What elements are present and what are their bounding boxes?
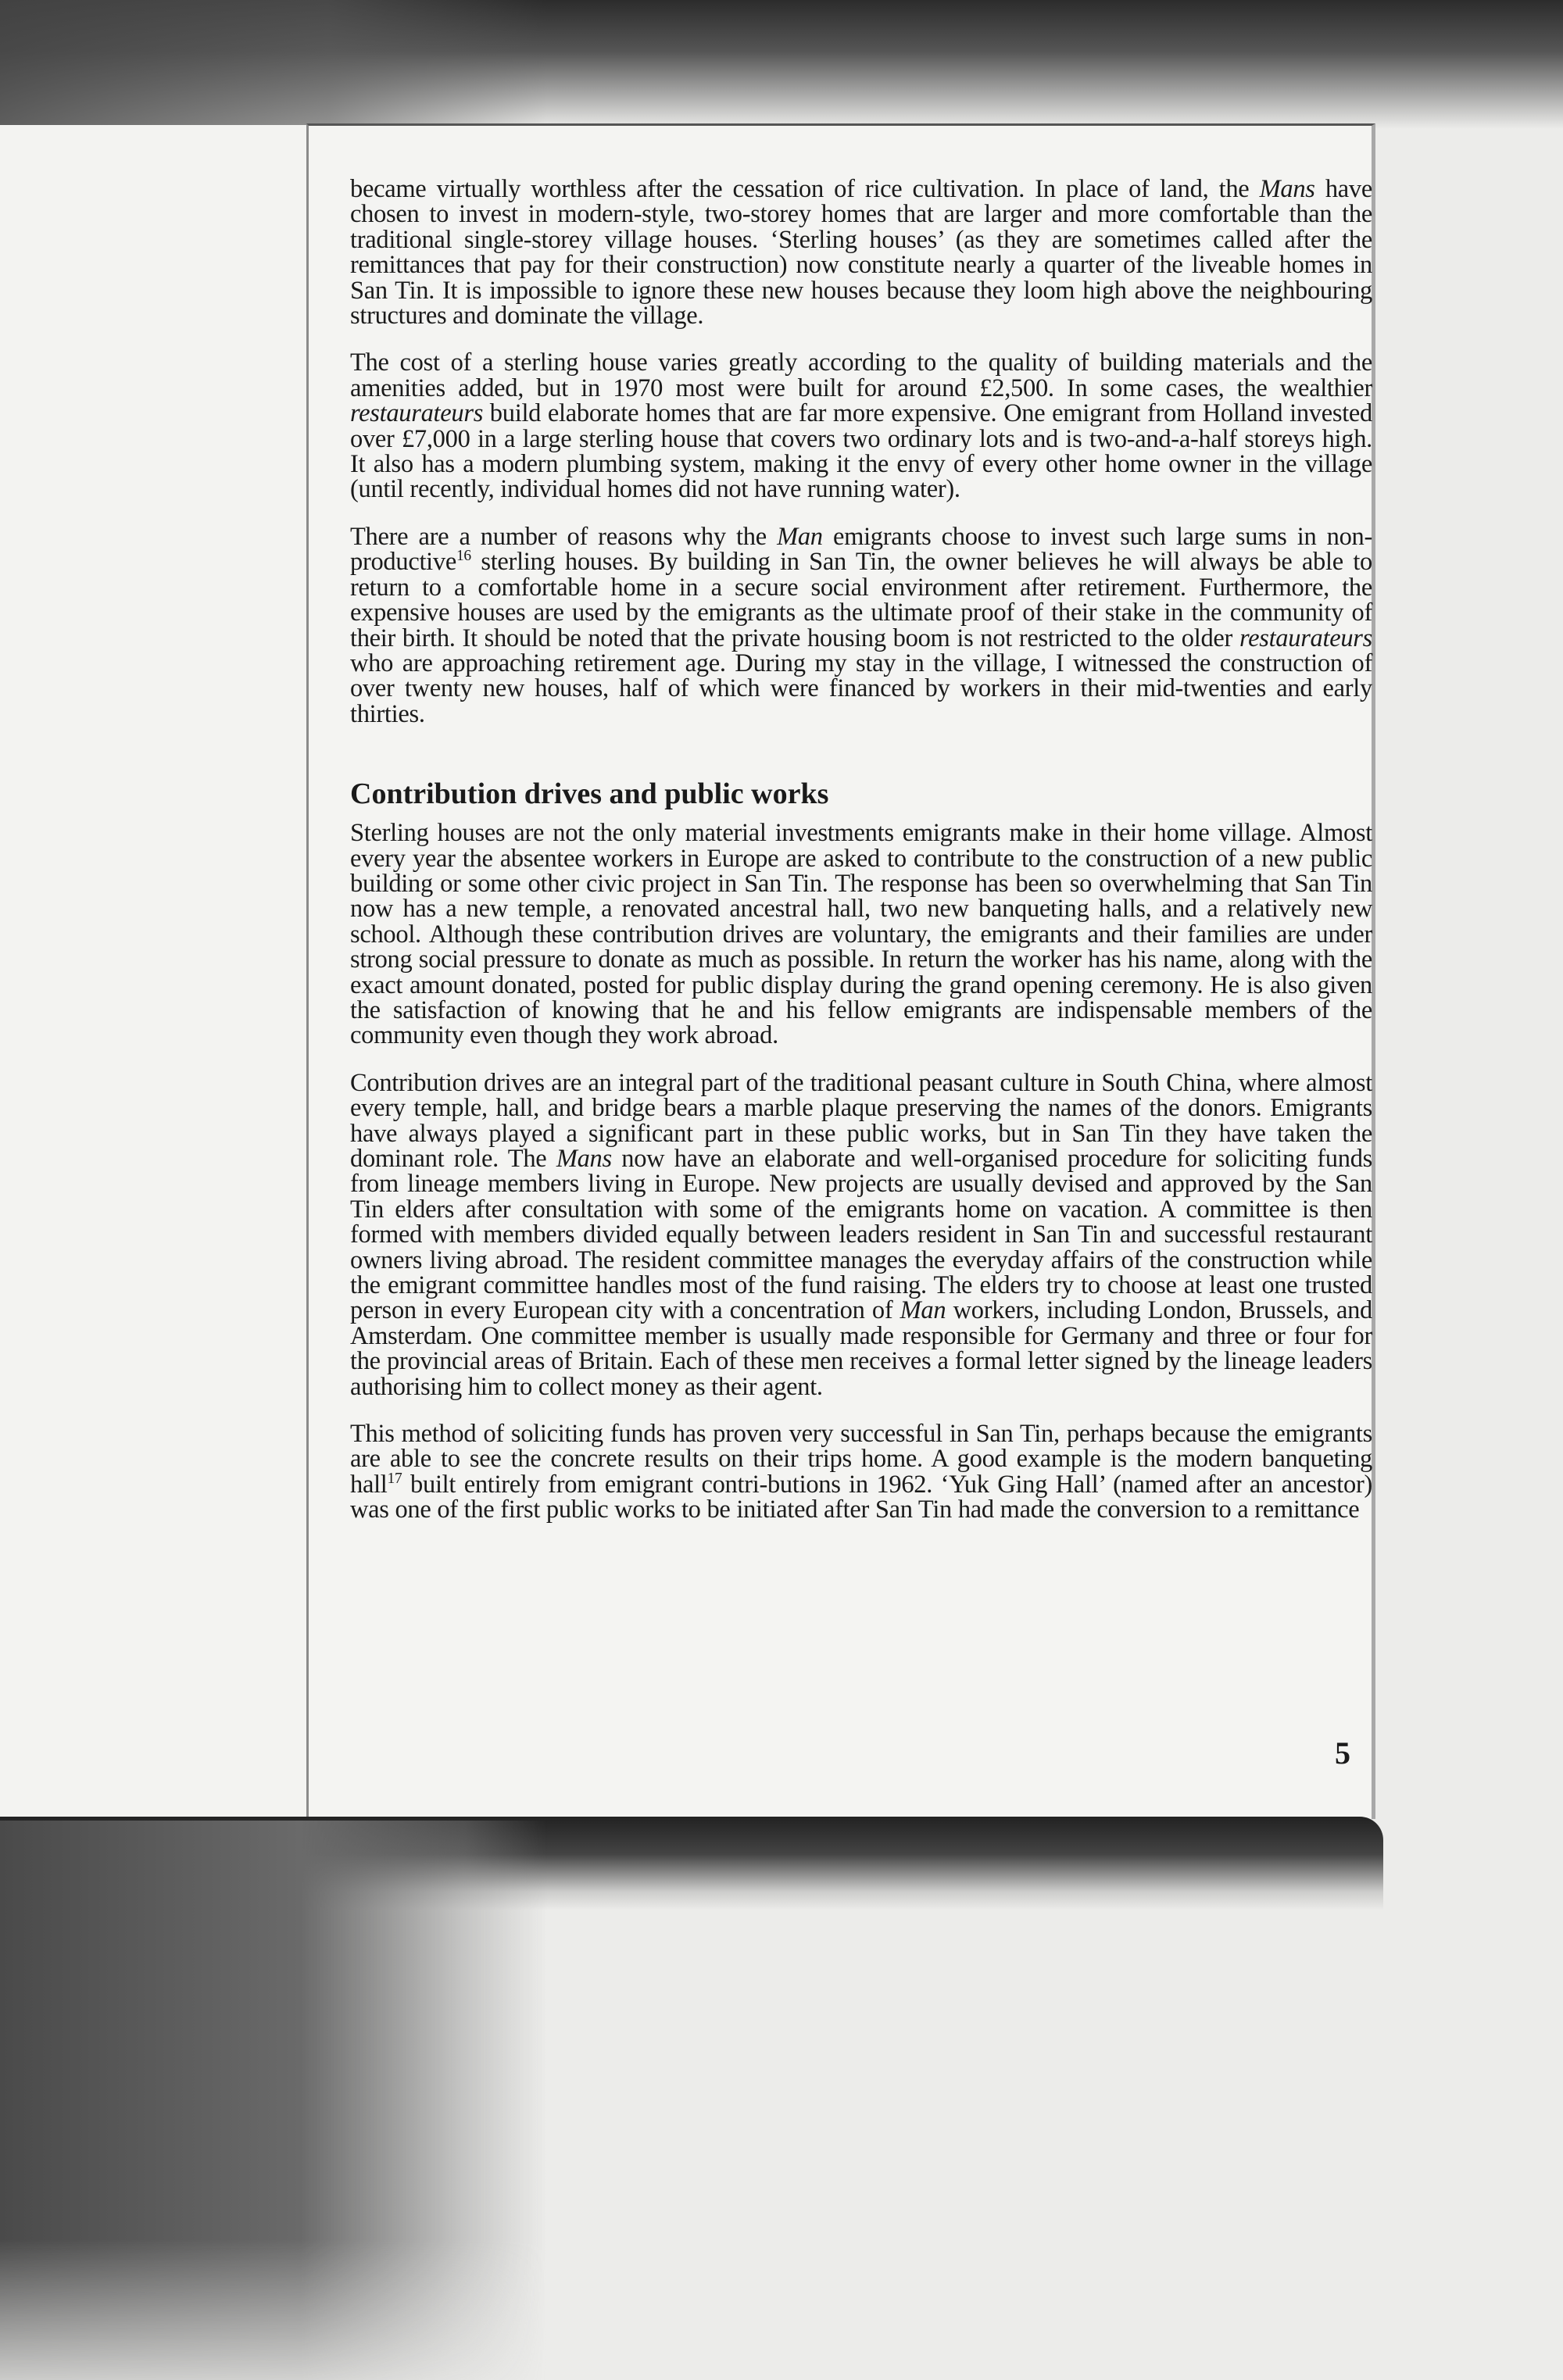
- scan-shadow-top-left: [0, 0, 547, 129]
- page-number: 5: [1335, 1735, 1350, 1771]
- text-run: There are a number of reasons why the: [350, 523, 777, 551]
- italic-term: Man: [777, 523, 823, 551]
- italic-term: Mans: [1260, 175, 1315, 203]
- italic-term: Man: [900, 1296, 946, 1324]
- footnote-ref: 16: [456, 548, 471, 564]
- paragraph: Contribution drives are an integral part…: [350, 1070, 1372, 1399]
- text-run: build elaborate homes that are far more …: [350, 399, 1372, 503]
- text-run: built entirely from emigrant contri-buti…: [350, 1471, 1372, 1524]
- paragraph: Sterling houses are not the only materia…: [350, 820, 1372, 1049]
- text-run: Sterling houses are not the only materia…: [350, 819, 1372, 1049]
- body-text-before-heading: became virtually worthless after the ces…: [350, 177, 1372, 727]
- paragraph: The cost of a sterling house varies grea…: [350, 350, 1372, 502]
- section-heading: Contribution drives and public works: [350, 778, 1372, 809]
- text-run: The cost of a sterling house varies grea…: [350, 348, 1372, 402]
- body-text-after-heading: Sterling houses are not the only materia…: [350, 820, 1372, 1523]
- text-run: who are approaching retirement age. Duri…: [350, 649, 1372, 728]
- text-run: sterling houses. By building in San Tin,…: [350, 548, 1372, 652]
- paragraph: There are a number of reasons why the Ma…: [350, 524, 1372, 727]
- footnote-ref: 17: [388, 1471, 402, 1487]
- italic-term: Mans: [556, 1145, 612, 1173]
- scan-shadow-bottom-left: [0, 1821, 547, 2380]
- page-content: became virtually worthless after the ces…: [350, 177, 1372, 1545]
- left-margin-sheet: [0, 125, 309, 1821]
- paragraph: This method of soliciting funds has prov…: [350, 1421, 1372, 1523]
- italic-term: restaurateurs: [350, 399, 483, 427]
- text-run: became virtually worthless after the ces…: [350, 175, 1260, 203]
- italic-term: restaurateurs: [1239, 624, 1372, 652]
- paragraph: became virtually worthless after the ces…: [350, 177, 1372, 328]
